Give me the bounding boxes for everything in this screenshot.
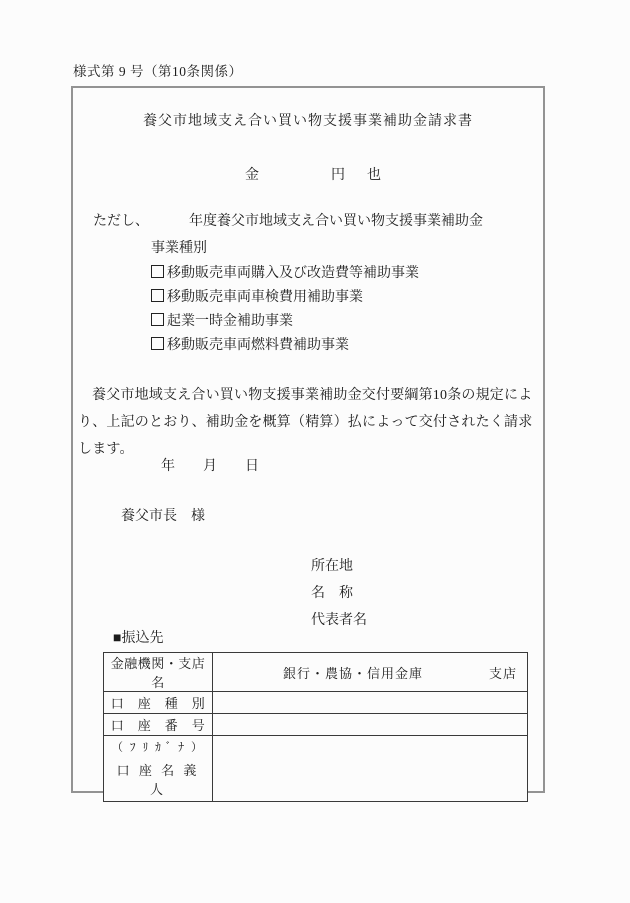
applicant-representative-label: 代表者名 [311, 609, 367, 629]
claim-form-frame: 養父市地域支え合い買い物支援事業補助金請求書 金円 也 ただし、年度養父市地域支… [71, 86, 545, 793]
document-page: 様式第 9 号（第10条関係） 養父市地域支え合い買い物支援事業補助金請求書 金… [0, 0, 630, 903]
checkbox-icon [151, 289, 164, 302]
bank-types-text: 銀行・農協・信用金庫 [217, 663, 489, 682]
checkbox-icon [151, 265, 164, 278]
option-label: 移動販売車両購入及び改造費等補助事業 [167, 266, 419, 281]
applicant-address-label: 所在地 [311, 555, 353, 575]
business-type-option: 起業一時金補助事業 [151, 310, 293, 330]
checkbox-icon [151, 313, 164, 326]
business-type-option: 移動販売車両購入及び改造費等補助事業 [151, 262, 419, 282]
transfer-heading: ■振込先 [113, 627, 163, 647]
proviso-line: ただし、年度養父市地域支え合い買い物支援事業補助金 [93, 210, 483, 230]
account-holder-label-cell: （ ﾌ ﾘ ｶ ﾞ ﾅ ） 口 座 名 義 人 [104, 736, 213, 802]
proviso-prefix: ただし、 [93, 214, 149, 229]
branch-suffix-text: 支店 [489, 663, 523, 682]
table-row: 金融機関・支店名 銀行・農協・信用金庫 支店 [104, 653, 528, 692]
bank-transfer-table: 金融機関・支店名 銀行・農協・信用金庫 支店 口 座 種 別 口 座 番 号 （ [103, 652, 528, 802]
bank-branch-label: 金融機関・支店名 [104, 653, 213, 692]
account-type-label: 口 座 種 別 [104, 692, 213, 714]
bank-branch-value-cell: 銀行・農協・信用金庫 支店 [213, 653, 528, 692]
business-type-option: 移動販売車両燃料費補助事業 [151, 334, 349, 354]
request-statement: 養父市地域支え合い買い物支援事業補助金交付要綱第10条の規定により、上記のとおり… [78, 382, 544, 463]
option-label: 起業一時金補助事業 [167, 314, 293, 329]
account-type-field [213, 692, 528, 714]
table-row: （ ﾌ ﾘ ｶ ﾞ ﾅ ） 口 座 名 義 人 [104, 736, 528, 802]
amount-line: 金円 也 [245, 164, 385, 184]
account-number-label: 口 座 番 号 [104, 714, 213, 736]
option-label: 移動販売車両車検費用補助事業 [167, 290, 363, 305]
proviso-text: 年度養父市地域支え合い買い物支援事業補助金 [189, 214, 483, 229]
table-row: 口 座 種 別 [104, 692, 528, 714]
applicant-name-label: 名 称 [311, 582, 353, 602]
amount-currency-prefix: 金 [245, 168, 259, 183]
amount-unit-label: 円 也 [331, 168, 385, 183]
business-type-heading: 事業種別 [151, 237, 207, 257]
date-line: 年 月 日 [161, 455, 259, 475]
furigana-label: （ ﾌ ﾘ ｶ ﾞ ﾅ ） [108, 739, 208, 755]
business-type-option: 移動販売車両車検費用補助事業 [151, 286, 363, 306]
account-number-field [213, 714, 528, 736]
account-holder-label: 口 座 名 義 人 [108, 760, 208, 798]
addressee-line: 養父市長 様 [121, 505, 205, 525]
checkbox-icon [151, 337, 164, 350]
form-title: 養父市地域支え合い買い物支援事業補助金請求書 [73, 110, 543, 130]
form-number-label: 様式第 9 号（第10条関係） [73, 60, 243, 80]
account-holder-field [213, 736, 528, 802]
option-label: 移動販売車両燃料費補助事業 [167, 338, 349, 353]
table-row: 口 座 番 号 [104, 714, 528, 736]
